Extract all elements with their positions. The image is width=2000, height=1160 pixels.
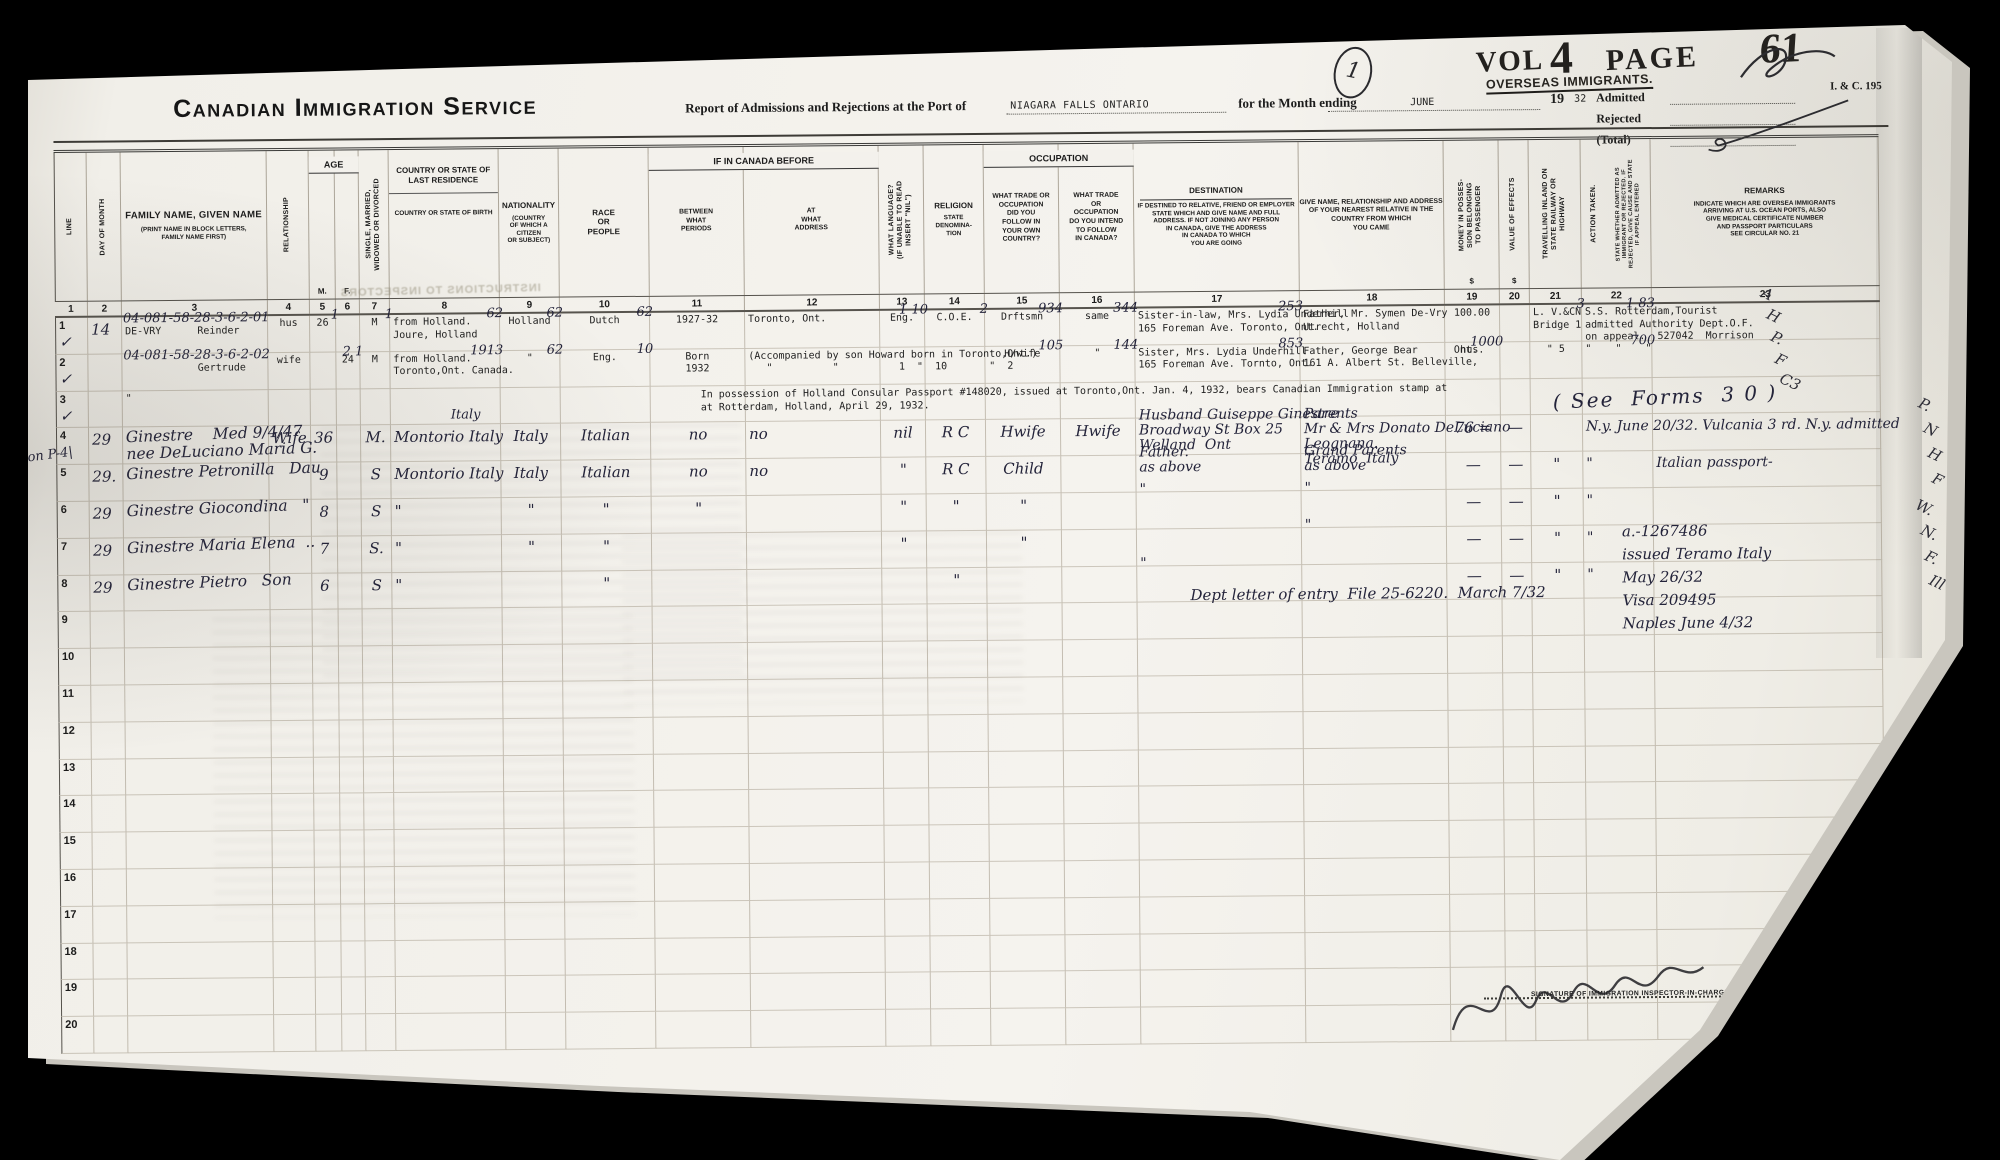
table-cell: 9 xyxy=(58,612,91,649)
table-cell xyxy=(338,499,362,536)
typed-entry: M xyxy=(363,317,386,330)
table-cell xyxy=(505,939,565,976)
handwritten-entry: " xyxy=(565,501,648,518)
handwritten-entry: " xyxy=(565,574,648,591)
table-cell xyxy=(991,1008,1066,1045)
page-number-scribble xyxy=(1733,36,1843,87)
table-cell xyxy=(127,905,273,943)
table-cell: " xyxy=(927,567,987,604)
table-cell: no xyxy=(746,421,881,459)
year-typed: 32 xyxy=(1574,94,1586,106)
table-cell xyxy=(1503,673,1533,710)
table-cell: no xyxy=(651,422,746,460)
table-cell xyxy=(1061,456,1136,493)
table-cell: L. V.&CN Bridge 13 xyxy=(1530,305,1582,342)
table-cell xyxy=(564,754,654,792)
table-cell: Hwife xyxy=(1061,419,1136,456)
table-cell: Montorio Italy xyxy=(391,461,501,499)
table-cell xyxy=(311,389,337,426)
handwritten-entry: " xyxy=(1587,492,1650,510)
typed-entry: L. V.&CN Bridge 1 xyxy=(1533,307,1578,332)
table-cell xyxy=(340,830,364,867)
table-cell xyxy=(361,389,391,426)
table-cell xyxy=(1140,933,1305,971)
handwritten-entry: 62 xyxy=(486,306,503,321)
table-cell xyxy=(128,1015,274,1053)
table-cell xyxy=(656,1011,751,1049)
table-cell: 5 xyxy=(56,465,89,502)
table-cell xyxy=(506,1013,566,1050)
edge-letter: Ill xyxy=(1926,571,1948,594)
table-cell: 2✓ xyxy=(55,355,88,392)
table-cell xyxy=(394,719,504,757)
table-cell xyxy=(653,680,748,718)
table-cell xyxy=(564,828,654,866)
table-cell xyxy=(503,645,563,682)
table-cell xyxy=(274,978,316,1015)
table-cell xyxy=(989,751,1064,788)
edge-letter: H xyxy=(1925,444,1945,466)
table-cell xyxy=(654,717,749,755)
table-cell xyxy=(125,647,271,685)
table-cell: — xyxy=(1502,489,1532,526)
table-cell: R C xyxy=(926,420,986,457)
table-cell xyxy=(337,426,361,463)
table-cell: Italian xyxy=(561,460,651,498)
handwritten-entry: 62 xyxy=(636,305,653,320)
table-cell xyxy=(91,612,125,649)
table-cell xyxy=(1534,746,1586,783)
line-number: 17 xyxy=(64,908,89,920)
table-cell xyxy=(1504,747,1534,784)
table-cell: " xyxy=(502,534,562,571)
table-cell xyxy=(274,1015,316,1052)
header-cell: FAMILY NAME, GIVEN NAME(PRINT NAME IN BL… xyxy=(121,151,268,300)
table-cell xyxy=(1534,820,1586,857)
handwritten-entry: 1000 xyxy=(1470,334,1503,349)
handwritten-entry: 62 xyxy=(546,306,563,321)
table-cell xyxy=(1305,931,1450,969)
handwritten-entry: 253 xyxy=(1278,299,1303,314)
table-cell xyxy=(1063,640,1138,677)
table-cell: S xyxy=(362,499,392,536)
table-cell xyxy=(315,904,341,941)
column-number: 17 xyxy=(1135,291,1300,306)
handwritten-entry: ✓ xyxy=(59,334,84,350)
table-cell xyxy=(748,679,883,717)
table-cell xyxy=(313,684,339,721)
line-number: 9 xyxy=(62,614,87,626)
table-cell xyxy=(503,608,563,645)
table-cell: 11 xyxy=(58,686,91,723)
handwritten-entry: " xyxy=(395,576,498,593)
table-cell: 12 xyxy=(59,722,92,759)
table-cell xyxy=(882,568,927,605)
header-cell: DAY OF MONTH xyxy=(87,152,122,300)
table-cell xyxy=(1655,670,1883,709)
table-cell: " xyxy=(987,493,1062,530)
table-cell xyxy=(127,868,273,906)
table-cell xyxy=(566,975,656,1013)
table-cell: 8 xyxy=(57,575,90,612)
table-header: LINEDAY OF MONTHFAMILY NAME, GIVEN NAME(… xyxy=(54,134,1880,302)
typed-entry: hus xyxy=(271,318,306,331)
table-cell xyxy=(883,605,928,642)
header-label: DESTINATION xyxy=(1139,184,1292,201)
table-cell: Sister-in-law, Mrs. Lydia Underhill 165 … xyxy=(1135,307,1300,345)
table-cell: " xyxy=(1583,451,1653,488)
table-cell xyxy=(564,791,654,829)
header-cell: RELATIONSHIP xyxy=(267,151,310,299)
table-cell xyxy=(749,716,884,754)
header-cell: LINE xyxy=(54,153,88,301)
table-cell: 29. xyxy=(89,465,123,502)
header-sublabel: AT WHAT ADDRESS xyxy=(794,207,827,233)
table-cell xyxy=(1303,600,1448,638)
column-number: 18 xyxy=(1300,290,1445,305)
table-cell: " xyxy=(1531,452,1583,489)
table-cell: Italy xyxy=(501,424,561,461)
table-cell: wife xyxy=(268,353,310,390)
handwritten-entry: " xyxy=(1587,566,1650,584)
column-number: 21 xyxy=(1530,289,1582,303)
table-cell xyxy=(1448,673,1503,710)
table-cell xyxy=(503,682,563,719)
table-cell xyxy=(750,936,885,974)
table-cell: hus xyxy=(268,316,310,353)
handwritten-entry: Grand Parents as above xyxy=(1304,443,1442,474)
line-number: 13 xyxy=(63,761,88,773)
table-cell xyxy=(1305,858,1450,896)
table-cell xyxy=(126,721,272,759)
table-cell xyxy=(1305,895,1450,933)
table-cell: " xyxy=(123,390,269,428)
overlay-note: Dept letter of entry File 25-6220. March… xyxy=(1190,581,1545,606)
table-cell xyxy=(1448,710,1503,747)
header-vertical-label: VALUE OF EFFECTS xyxy=(1509,177,1518,251)
table-cell xyxy=(1139,785,1304,823)
table-cell: " xyxy=(392,498,502,536)
table-cell xyxy=(92,796,126,833)
header-cell: RACE OR PEOPLE xyxy=(559,148,650,297)
handwritten-entry: 29. xyxy=(92,469,119,485)
table-cell: — xyxy=(1446,453,1501,490)
table-cell xyxy=(126,831,272,869)
table-cell xyxy=(1533,673,1585,710)
table-cell xyxy=(1450,894,1505,931)
table-cell xyxy=(1585,672,1655,709)
header-sublabel: WHAT TRADE OR OCCUPATION DID YOU FOLLOW … xyxy=(992,193,1050,245)
handwritten-entry: 1 83 xyxy=(1626,296,1655,311)
table-cell xyxy=(1535,857,1587,894)
table-cell xyxy=(988,604,1063,641)
table-cell xyxy=(930,862,990,899)
table-cell: — xyxy=(1447,489,1502,526)
table-cell: no xyxy=(746,458,881,496)
handwritten-entry: ✓ xyxy=(60,407,85,423)
table-cell xyxy=(273,941,315,978)
table-cell: " xyxy=(987,530,1062,567)
month-value: JUNE xyxy=(1410,97,1434,109)
table-cell: 6 xyxy=(312,573,338,610)
header-cell: MONEY IN POSSES- SION BELONGING TO PASSE… xyxy=(1444,140,1500,288)
table-cell xyxy=(338,573,362,610)
handwritten-entry: 934 xyxy=(1038,301,1063,316)
table-cell xyxy=(1652,339,1880,378)
handwritten-entry: 105 xyxy=(1038,338,1063,353)
handwritten-entry: 04-081-58-28-3-6-2-01 xyxy=(123,310,264,326)
handwritten-entry: 2 xyxy=(980,302,988,317)
rejected-label: Rejected xyxy=(1596,111,1666,127)
line-number: 12 xyxy=(63,724,88,736)
table-cell xyxy=(88,354,122,391)
table-cell: " xyxy=(927,494,987,531)
typed-entry: C.O.E. xyxy=(928,312,981,325)
handwritten-entry: " xyxy=(885,535,923,551)
table-cell xyxy=(1500,305,1530,342)
handwritten-entry: 344 xyxy=(1113,301,1138,316)
table-cell xyxy=(1066,971,1141,1008)
handwritten-entry: 7 xyxy=(315,540,334,556)
typed-entry: DE-VRY Reinder xyxy=(125,325,264,339)
table-cell xyxy=(269,389,311,426)
table-cell xyxy=(1303,674,1448,712)
typed-entry: 26 xyxy=(313,318,332,331)
header-sublabel: INDICATE WHICH ARE OVERSEA IMMIGRANTS AR… xyxy=(1693,197,1837,240)
table-cell xyxy=(1505,894,1535,931)
header-sublabel: IF DESTINED TO RELATIVE, FRIEND OR EMPLO… xyxy=(1136,199,1296,250)
header-bottom-label: M. xyxy=(310,287,335,296)
header-sublabel: BETWEEN WHAT PERIODS xyxy=(679,208,713,234)
handwritten-entry: Ginestre Med 9/4/47 nee DeLuciano Maria … xyxy=(126,425,266,464)
table-cell xyxy=(561,386,651,424)
port-underline xyxy=(1006,94,1226,115)
line-number: 2 xyxy=(59,357,84,369)
typed-entry: Dutch xyxy=(563,315,646,328)
table-cell xyxy=(747,495,882,533)
handwritten-entry: 29 xyxy=(92,432,119,448)
table-cell xyxy=(563,644,653,682)
table-cell: M1 xyxy=(360,315,390,352)
table-cell: Ginestre Med 9/4/47 nee DeLuciano Maria … xyxy=(123,427,269,465)
table-cell: "144 xyxy=(1060,345,1135,382)
typed-entry: M xyxy=(363,354,386,367)
table-cell xyxy=(310,352,336,389)
admitted-label: Admitted xyxy=(1596,90,1666,106)
handwritten-entry: Italian xyxy=(564,464,647,481)
table-cell xyxy=(654,754,749,792)
document-page: Canadian Immigration Service Report of A… xyxy=(0,0,2000,1160)
line-number: 16 xyxy=(64,872,89,884)
table-cell xyxy=(928,604,988,641)
table-cell xyxy=(1448,637,1503,674)
handwritten-entry: — xyxy=(1450,530,1498,546)
table-cell: " xyxy=(392,572,502,610)
table-cell xyxy=(1534,783,1586,820)
column-number: 1 xyxy=(55,302,88,316)
typed-entry: Born 1932 xyxy=(653,351,741,377)
table-cell: " xyxy=(562,497,652,535)
table-cell: Child xyxy=(986,456,1061,493)
table-cell xyxy=(272,794,314,831)
table-cell xyxy=(987,567,1062,604)
table-cell xyxy=(927,531,987,568)
header-vertical-label: RELATIONSHIP xyxy=(283,197,292,252)
table-cell xyxy=(366,977,396,1014)
table-cell xyxy=(1065,934,1140,971)
form-code: I. & C. 195 xyxy=(1830,80,1882,92)
table-cell xyxy=(316,978,342,1015)
table-cell xyxy=(1504,783,1534,820)
handwritten-entry: 29 xyxy=(93,579,120,595)
header-cell: GIVE NAME, RELATIONSHIP AND ADDRESS OF Y… xyxy=(1299,141,1445,290)
table-cell: " xyxy=(392,535,502,573)
handwritten-entry: Hwife xyxy=(1064,423,1132,440)
table-cell: 261 xyxy=(310,316,336,353)
header-vertical-label: SINGLE, MARRIED, WIDOWED OR DIVORCED xyxy=(365,178,383,271)
table-cell xyxy=(1062,529,1137,566)
header-bottom-label: $ xyxy=(1500,276,1529,285)
table-cell xyxy=(505,902,565,939)
edge-letter: P. xyxy=(1916,394,1934,415)
table-cell xyxy=(93,906,127,943)
handwritten-entry: 76 = xyxy=(1449,420,1497,436)
table-cell xyxy=(884,826,929,863)
typed-entry: from Holland. Joure, Holland xyxy=(393,316,496,342)
table-cell xyxy=(565,865,655,903)
handwritten-entry: " xyxy=(1140,555,1298,571)
table-cell: " xyxy=(562,570,652,608)
handwritten-entry: " xyxy=(1535,566,1580,582)
table-cell xyxy=(1062,566,1137,603)
table-cell xyxy=(930,899,990,936)
handwritten-entry: — xyxy=(1450,567,1498,583)
table-cell: " xyxy=(881,458,926,495)
table-cell xyxy=(1586,782,1656,819)
table-cell xyxy=(654,827,749,865)
table-cell: Ginestre Pietro Son xyxy=(124,574,270,612)
table-cell xyxy=(886,1010,931,1047)
table-cell xyxy=(92,833,126,870)
table-cell xyxy=(656,974,751,1012)
table-cell xyxy=(655,864,750,902)
table-cell xyxy=(1065,897,1140,934)
table-cell xyxy=(886,973,931,1010)
header-cell: ACTION TAKEN.STATE WHETHER ADMITTED AS I… xyxy=(1581,139,1652,288)
handwritten-entry: " xyxy=(1305,517,1443,533)
table-cell: 242 1 xyxy=(336,352,360,389)
table-cell xyxy=(364,793,394,830)
handwritten-entry: Montorio Italy xyxy=(394,429,497,446)
header-sublabel: COUNTRY OR STATE OF BIRTH xyxy=(389,192,498,218)
table-cell: Eng.10 xyxy=(560,350,650,388)
handwritten-entry: 1 10 xyxy=(899,302,928,317)
table-cell xyxy=(990,898,1065,935)
table-cell xyxy=(1500,342,1530,379)
table-cell: " xyxy=(652,496,747,534)
typed-entry: Sister, Mrs. Lydia Underhill 165 Foreman… xyxy=(1138,346,1296,372)
table-cell: 29 xyxy=(89,428,123,465)
table-cell xyxy=(1138,712,1303,750)
handwritten-entry: — xyxy=(1449,457,1497,473)
table-cell: Eng.1 10 xyxy=(880,310,925,347)
table-cell xyxy=(393,682,503,720)
table-cell xyxy=(126,758,272,796)
table-cell: 36 xyxy=(311,426,337,463)
table-cell: 76 = xyxy=(1446,416,1501,453)
table-cell: M. xyxy=(361,425,391,462)
table-cell xyxy=(652,570,747,608)
table-cell: 20 xyxy=(61,1017,94,1054)
table-cell: 16 xyxy=(60,870,93,907)
table-cell xyxy=(1533,636,1585,673)
edge-letter: F xyxy=(1929,469,1946,490)
table-cell xyxy=(1531,415,1583,452)
table-cell xyxy=(341,941,365,978)
header-sublabel: GIVE NAME, RELATIONSHIP AND ADDRESS OF Y… xyxy=(1299,198,1442,234)
handwritten-entry: " xyxy=(1139,481,1297,497)
header-cell: NATIONALITY(COUNTRY OF WHICH A CITIZEN O… xyxy=(499,149,560,298)
column-number: 14 xyxy=(925,294,985,309)
handwritten-entry: R C xyxy=(929,461,982,477)
header-cell: VALUE OF EFFECTS$ xyxy=(1499,140,1530,288)
table-cell xyxy=(393,645,503,683)
header-label: REMARKS xyxy=(1743,184,1786,198)
handwritten-entry: 04-081-58-28-3-6-2-02 xyxy=(123,347,264,363)
handwritten-entry: Italian passport- xyxy=(1656,453,1877,471)
column-group-label: OCCUPATION xyxy=(984,150,1134,168)
typed-entry: Eng. xyxy=(563,352,646,365)
table-cell xyxy=(931,1009,991,1046)
table-cell xyxy=(365,904,395,941)
handwritten-entry: " xyxy=(930,571,983,587)
typed-entry: wife xyxy=(271,355,306,368)
table-cell xyxy=(1138,638,1303,676)
header-bottom-label: $ xyxy=(1445,276,1499,285)
table-cell: N.y. June 20/32. Vulcania 3 rd. N.y. adm… xyxy=(1583,414,1653,451)
edge-letter: N. xyxy=(1918,521,1941,545)
handwritten-entry: ✓ xyxy=(59,371,84,387)
table-cell: 04-081-58-28-3-6-2-02 Gertrude xyxy=(122,353,268,391)
handwritten-entry: Hwife xyxy=(989,424,1057,441)
table-cell xyxy=(314,794,340,831)
header-cell: SINGLE, MARRIED, WIDOWED OR DIVORCED xyxy=(359,150,390,298)
table-cell xyxy=(1064,787,1139,824)
table-cell xyxy=(751,973,886,1011)
table-cell xyxy=(364,830,394,867)
page-content: Canadian Immigration Service Report of A… xyxy=(0,0,2000,1160)
table-cell: Italian passport- xyxy=(1653,449,1881,488)
handwritten-entry: 144 xyxy=(1113,337,1138,352)
table-cell xyxy=(395,903,505,941)
table-cell xyxy=(928,678,988,715)
table-cell xyxy=(92,722,126,759)
table-cell xyxy=(501,387,561,424)
table-cell: 15 xyxy=(59,833,92,870)
table-cell xyxy=(885,862,930,899)
handwritten-entry: " xyxy=(1535,493,1580,509)
handwritten-entry: 8 xyxy=(315,504,334,520)
table-cell xyxy=(564,718,654,756)
table-cell xyxy=(1535,893,1587,930)
table-cell: Father, George Bear Ont. 161 A. Albert S… xyxy=(1300,343,1445,381)
table-cell xyxy=(929,788,989,825)
handwritten-entry: 36 xyxy=(314,430,333,446)
table-cell xyxy=(989,788,1064,825)
line-number: 19 xyxy=(65,982,90,994)
handwritten-entry: 2 1 xyxy=(343,344,364,359)
table-cell xyxy=(1063,603,1138,640)
